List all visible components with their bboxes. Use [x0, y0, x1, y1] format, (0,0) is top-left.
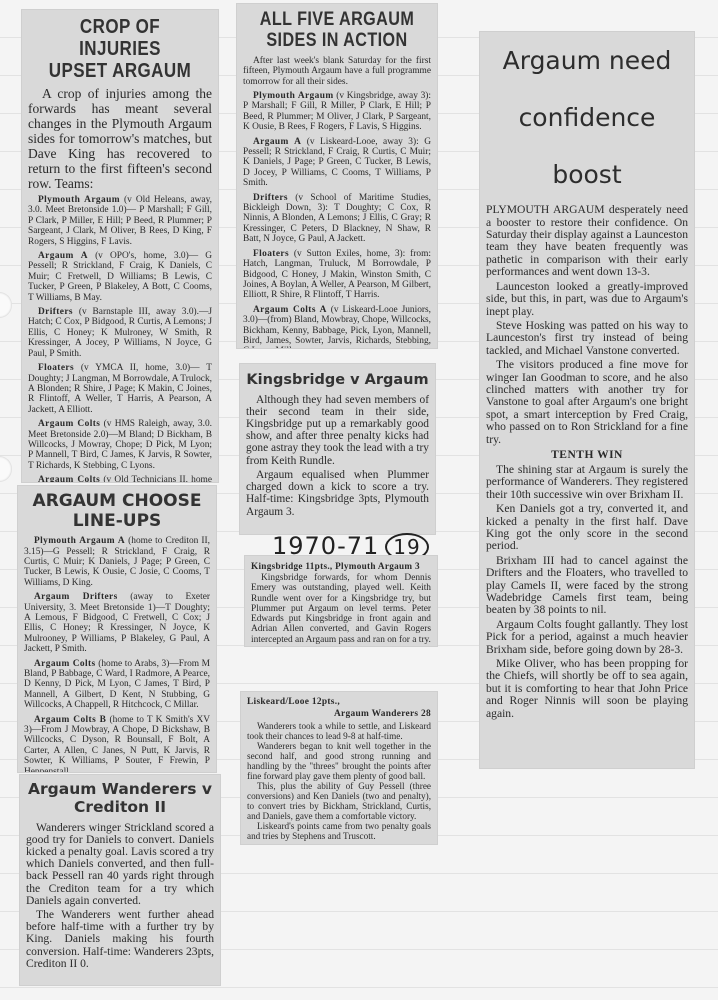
team-listing: Plymouth Argaum (v Kingsbridge, away 3):… [243, 91, 431, 133]
paragraph: Wanderers began to knit well together in… [247, 741, 431, 781]
headline-line-3: boost [486, 156, 688, 195]
clipping-liskeard-looe: Liskeard/Looe 12pts., Argaum Wanderers 2… [241, 692, 437, 844]
paragraph: Brixham III had to cancel against the Dr… [486, 555, 688, 617]
team-name: Argaum Colts B [34, 715, 106, 725]
headline-line-1: Argaum need [486, 42, 688, 81]
team-name: Drifters [38, 307, 73, 317]
paragraph: Wanderers took a while to settle, and Li… [247, 721, 431, 741]
clipping-wanderers-v-crediton: Argaum Wanderers v Crediton II Wanderers… [20, 775, 220, 985]
team-name: Argaum Colts A [253, 305, 327, 315]
team-name: Drifters [253, 193, 288, 203]
team-listing: Argaum Colts A (v Liskeard-Looe Juniors,… [243, 305, 431, 348]
headline-line-2: confidence [486, 99, 688, 138]
team-name: Argaum Colts [38, 419, 100, 429]
team-listing: Plymouth Argaum A (home to Crediton II, … [24, 536, 210, 588]
headline-line-2: Crediton II [26, 799, 214, 817]
clipping-argaum-need-confidence-boost: Argaum need confidence boost PLYMOUTH AR… [480, 32, 694, 768]
subheading-tenth-win: TENTH WIN [486, 449, 688, 461]
headline-line-2: LINE-UPS [24, 512, 210, 532]
paragraph: Steve Hosking was patted on his way to L… [486, 320, 688, 357]
paragraph: Wanderers winger Strickland scored a goo… [26, 822, 214, 907]
paragraph: Launceston looked a greatly-improved sid… [486, 281, 688, 318]
headline: Argaum Wanderers v Crediton II [26, 781, 214, 817]
headline: Kingsbridge v Argaum [246, 372, 429, 389]
team-name: Plymouth Argaum A [34, 536, 125, 546]
team-name: Plymouth Argaum [253, 91, 334, 101]
clipping-crop-of-injuries: CROP OF INJURIES UPSET ARGAUM A crop of … [22, 10, 218, 482]
team-listing: Plymouth Argaum (v Old Heleans, away, 3.… [28, 195, 212, 247]
clipping-all-five-argaum-sides: ALL FIVE ARGAUM SIDES IN ACTION After la… [237, 4, 437, 348]
article-body: PLYMOUTH ARGAUM desperately need a boost… [486, 204, 688, 446]
paragraph: PLYMOUTH ARGAUM desperately need a boost… [486, 204, 688, 278]
team-listing: Argaum Colts (v Old Technicians II, home… [28, 475, 212, 482]
score-byline-home: Liskeard/Looe 12pts., [247, 697, 431, 707]
headline-line-1: ALL FIVE ARGAUM [257, 10, 417, 31]
team-name: Floaters [253, 249, 289, 259]
team-listing: Argaum Colts (home to Arabs, 3)—From M B… [24, 659, 210, 711]
clipping-kingsbridge-11pts: Kingsbridge 11pts., Plymouth Argaum 3 Ki… [245, 556, 437, 646]
paragraph: This, plus the ability of Guy Pessell (t… [247, 781, 431, 821]
article-body-continued: The shining star at Argaum is surely the… [486, 464, 688, 720]
paragraph: The Wanderers went further ahead before … [26, 909, 214, 970]
headline-line-1: CROP OF INJURIES [42, 16, 198, 60]
team-listing: Argaum A (v OPO's, home, 3.0)— G Pessell… [28, 251, 212, 303]
team-name: Argaum Colts [38, 475, 100, 482]
headline: ARGAUM CHOOSE LINE-UPS [24, 492, 210, 531]
intro-paragraph: A crop of injuries among the forwards ha… [28, 86, 212, 191]
team-listing: Argaum Drifters (away to Exeter Universi… [24, 592, 210, 654]
team-name: Argaum A [38, 251, 88, 261]
team-listing: Floaters (v Sutton Exiles, home, 3): fro… [243, 249, 431, 301]
binder-hole [0, 456, 12, 482]
headline: Argaum need confidence boost [486, 42, 688, 194]
paragraph: Liskeard's points came from two penalty … [247, 821, 431, 841]
clipping-argaum-choose-line-ups: ARGAUM CHOOSE LINE-UPS Plymouth Argaum A… [18, 486, 216, 772]
team-listing: Argaum A (v Liskeard-Looe, away 3): G Pe… [243, 137, 431, 189]
team-listing: Floaters (v YMCA II, home, 3.0)— T Dough… [28, 363, 212, 415]
team-listing: Argaum Colts B (home to T K Smith's XV 3… [24, 715, 210, 772]
team-name: Plymouth Argaum [38, 195, 120, 205]
headline-line-2: SIDES IN ACTION [257, 31, 417, 52]
paragraph: The shining star at Argaum is surely the… [486, 464, 688, 501]
paragraph: Although they had seven members of their… [246, 394, 429, 467]
team-listing: Drifters (v School of Maritime Studies, … [243, 193, 431, 245]
paragraph: Ken Daniels got a try, converted it, and… [486, 503, 688, 553]
paragraph: Mike Oliver, who has been propping for t… [486, 658, 688, 720]
paragraph: Argaum equalised when Plummer charged do… [246, 469, 429, 518]
article-body: Kingsbridge forwards, for whom Dennis Em… [251, 573, 431, 645]
score-byline: Kingsbridge 11pts., Plymouth Argaum 3 [251, 561, 431, 571]
team-listing: Drifters (v Barnstaple III, away 3.0).—J… [28, 307, 212, 359]
headline-line-1: ARGAUM CHOOSE [24, 492, 210, 512]
headline-line-1: Argaum Wanderers v [26, 781, 214, 799]
team-listing: Argaum Colts (v HMS Raleigh, away, 3.0. … [28, 419, 212, 471]
article-body: Wanderers took a while to settle, and Li… [247, 721, 431, 841]
paragraph: Kingsbridge forwards, for whom Dennis Em… [251, 573, 431, 645]
binder-hole [0, 292, 12, 318]
team-name: Argaum A [253, 137, 301, 147]
score-byline-away: Argaum Wanderers 28 [247, 709, 431, 719]
team-name: Argaum Drifters [34, 592, 118, 602]
team-name: Floaters [38, 363, 74, 373]
intro-paragraph: After last week's blank Saturday for the… [243, 56, 431, 87]
headline: CROP OF INJURIES UPSET ARGAUM [42, 16, 198, 82]
paragraph: Argaum Colts fought gallantly. They lost… [486, 619, 688, 656]
headline-line-2: UPSET ARGAUM [42, 60, 198, 82]
team-name: Argaum Colts [34, 659, 96, 669]
headline: ALL FIVE ARGAUM SIDES IN ACTION [257, 10, 417, 52]
clipping-kingsbridge-v-argaum: Kingsbridge v Argaum Although they had s… [240, 364, 435, 534]
article-body: Wanderers winger Strickland scored a goo… [26, 822, 214, 970]
article-body: Although they had seven members of their… [246, 394, 429, 518]
paragraph: The visitors produced a fine move for wi… [486, 359, 688, 446]
